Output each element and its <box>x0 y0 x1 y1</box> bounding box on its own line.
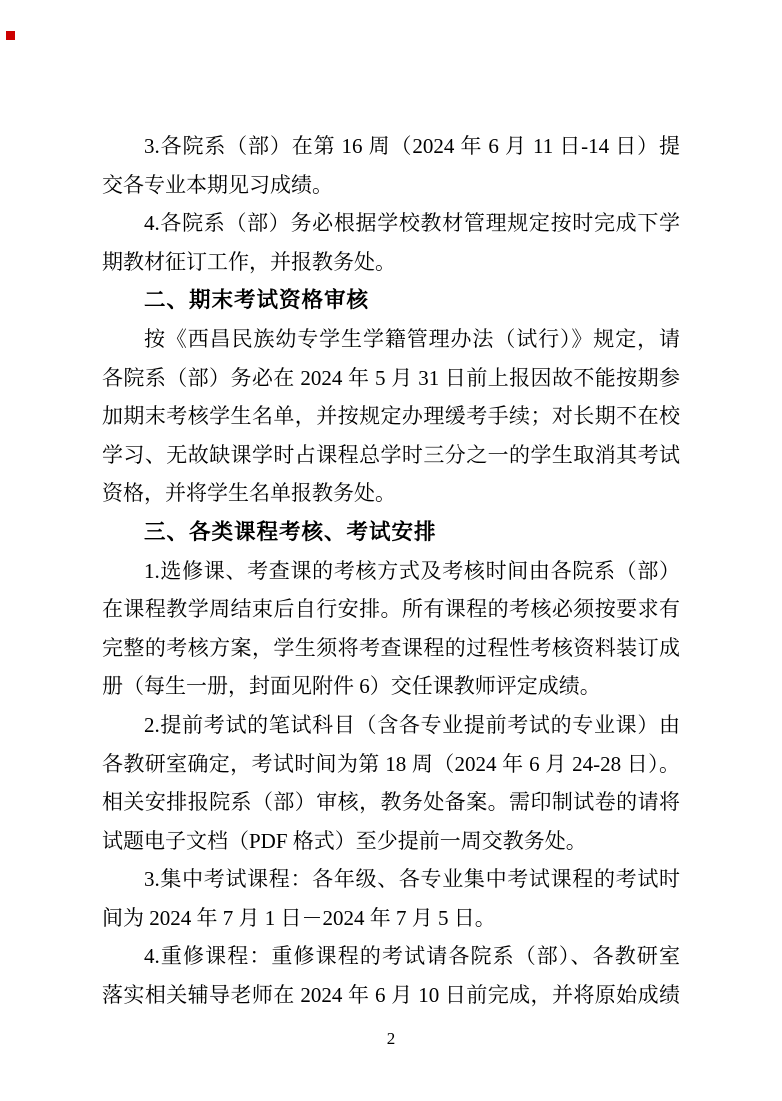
document-line: 落实相关辅导老师在 2024 年 6 月 10 日前完成，并将原始成绩 <box>102 976 680 1015</box>
document-body: 3.各院系（部）在第 16 周（2024 年 6 月 11 日-14 日）提交各… <box>102 127 680 1015</box>
document-line: 期教材征订工作，并报教务处。 <box>102 243 680 282</box>
document-line: 完整的考核方案，学生须将考查课程的过程性考核资料装订成 <box>102 629 680 668</box>
document-line: 资格，并将学生名单报教务处。 <box>102 474 680 513</box>
red-corner-mark <box>6 31 15 40</box>
document-line: 加期末考核学生名单，并按规定办理缓考手续；对长期不在校 <box>102 397 680 436</box>
section-heading: 三、各类课程考核、考试安排 <box>102 513 680 552</box>
document-line: 在课程教学周结束后自行安排。所有课程的考核必须按要求有 <box>102 590 680 629</box>
document-line: 相关安排报院系（部）审核，教务处备案。需印制试卷的请将 <box>102 783 680 822</box>
document-line: 交各专业本期见习成绩。 <box>102 166 680 205</box>
document-line: 试题电子文档（PDF 格式）至少提前一周交教务处。 <box>102 822 680 861</box>
document-line: 册（每生一册，封面见附件 6）交任课教师评定成绩。 <box>102 667 680 706</box>
document-line: 各院系（部）务必在 2024 年 5 月 31 日前上报因故不能按期参 <box>102 359 680 398</box>
document-line: 3.各院系（部）在第 16 周（2024 年 6 月 11 日-14 日）提 <box>102 127 680 166</box>
document-line: 学习、无故缺课学时占课程总学时三分之一的学生取消其考试 <box>102 436 680 475</box>
document-line: 间为 2024 年 7 月 1 日－2024 年 7 月 5 日。 <box>102 899 680 938</box>
page-number: 2 <box>0 1028 782 1050</box>
document-line: 2.提前考试的笔试科目（含各专业提前考试的专业课）由 <box>102 706 680 745</box>
document-line: 1.选修课、考查课的考核方式及考核时间由各院系（部） <box>102 552 680 591</box>
document-line: 按《西昌民族幼专学生学籍管理办法（试行）》规定，请 <box>102 320 680 359</box>
document-line: 4.各院系（部）务必根据学校教材管理规定按时完成下学 <box>102 204 680 243</box>
document-line: 3.集中考试课程：各年级、各专业集中考试课程的考试时 <box>102 860 680 899</box>
document-line: 各教研室确定，考试时间为第 18 周（2024 年 6 月 24-28 日）。 <box>102 745 680 784</box>
document-line: 4.重修课程：重修课程的考试请各院系（部）、各教研室 <box>102 937 680 976</box>
document-page: 3.各院系（部）在第 16 周（2024 年 6 月 11 日-14 日）提交各… <box>0 0 782 1101</box>
section-heading: 二、期末考试资格审核 <box>102 281 680 320</box>
